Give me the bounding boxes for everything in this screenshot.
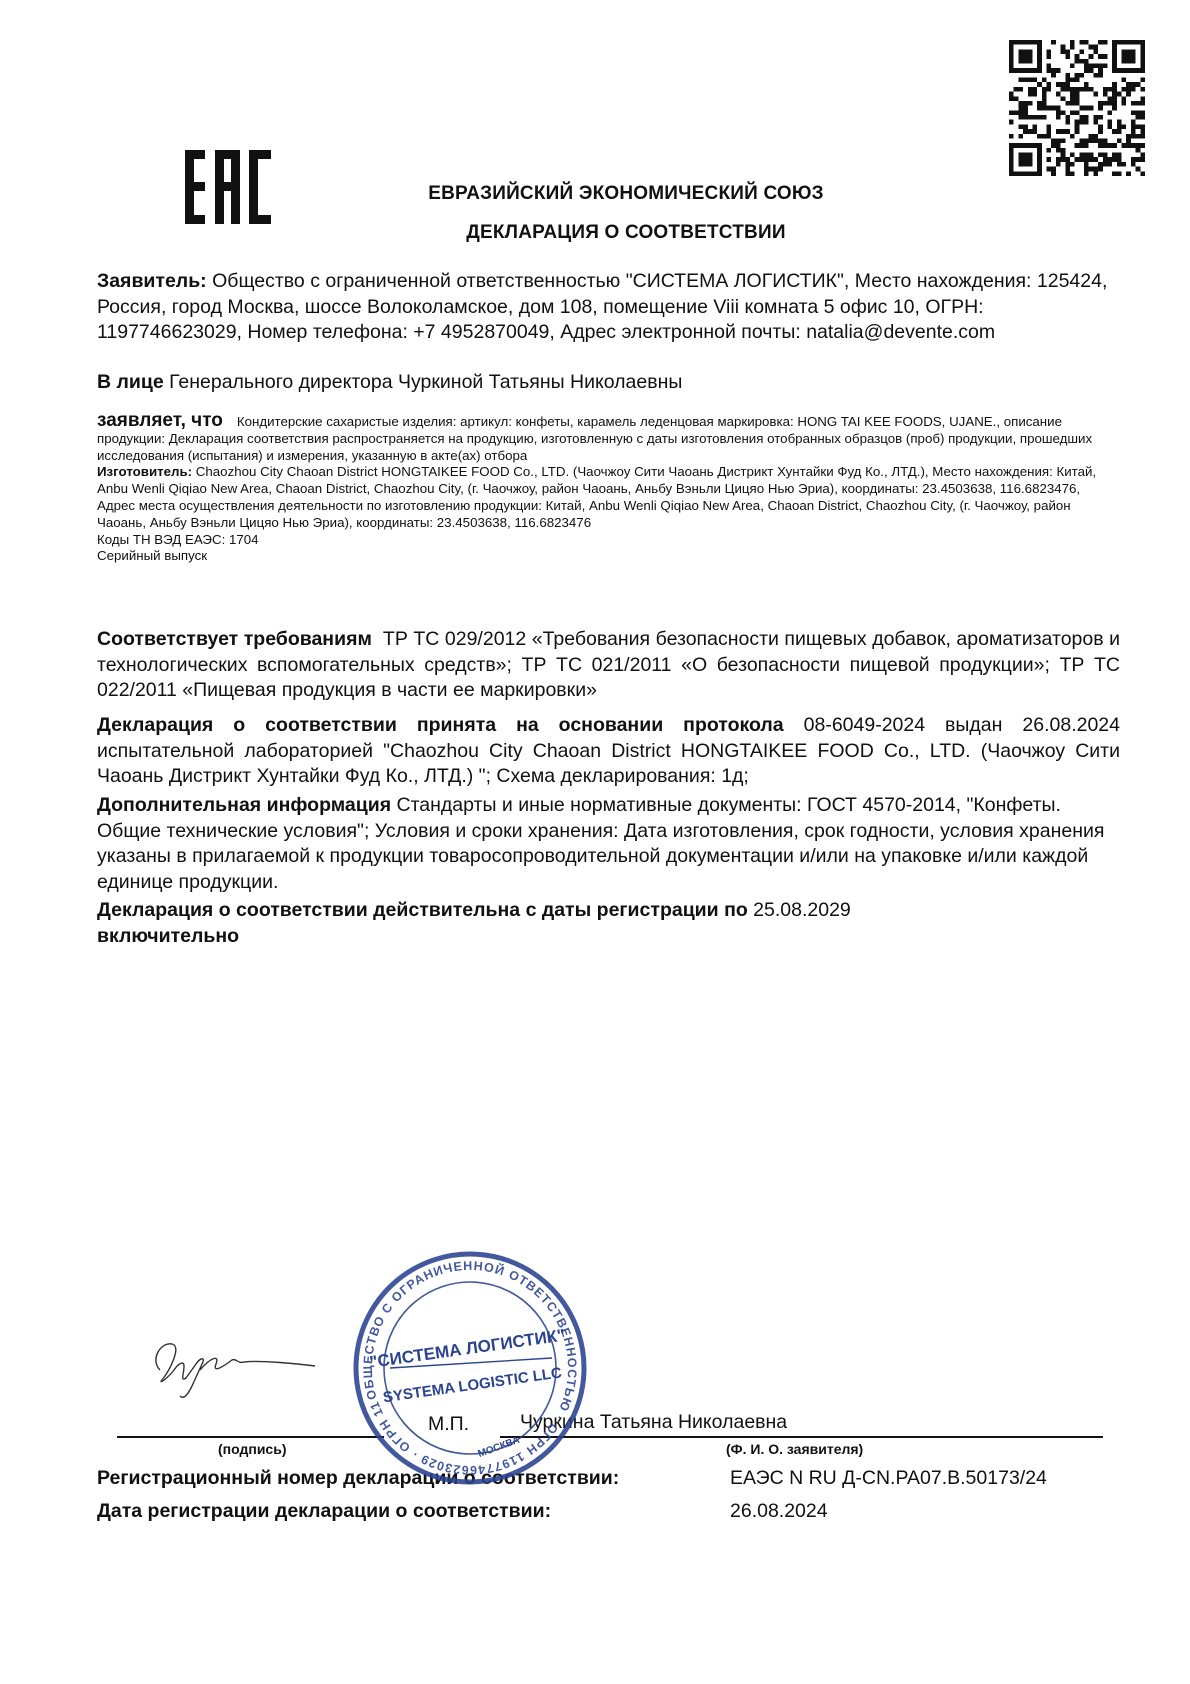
stamp-line-ru: "СИСТЕМА ЛОГИСТИК" bbox=[368, 1326, 566, 1372]
registration-date-label: Дата регистрации декларации о соответств… bbox=[97, 1500, 551, 1523]
represented-by-section: В лице Генерального директора Чуркиной Т… bbox=[97, 370, 1120, 396]
conforms-section: Соответствует требованиям ТР ТС 029/2012… bbox=[97, 627, 1120, 704]
union-title: ЕВРАЗИЙСКИЙ ЭКОНОМИЧЕСКИЙ СОЮЗ bbox=[0, 183, 1190, 205]
applicant-label: Заявитель: bbox=[97, 270, 207, 292]
registration-date: 26.08.2024 bbox=[730, 1500, 828, 1523]
validity-date: 25.08.2029 bbox=[748, 899, 851, 921]
represented-by-label: В лице bbox=[97, 371, 164, 393]
basis-section: Декларация о соответствии принята на осн… bbox=[97, 713, 1120, 790]
production-type: Серийный выпуск bbox=[97, 548, 207, 563]
stamp-line-en: SYSTEMA LOGISTIC LLC bbox=[382, 1364, 563, 1406]
represented-by-text: Генерального директора Чуркиной Татьяны … bbox=[164, 371, 683, 393]
declares-label: заявляет, что bbox=[97, 410, 223, 431]
product-description: Кондитерские сахаристые изделия: артикул… bbox=[97, 414, 1092, 463]
qr-code-icon[interactable] bbox=[1008, 40, 1146, 176]
document-title: ДЕКЛАРАЦИЯ О СООТВЕТСТВИИ bbox=[0, 222, 1190, 244]
validity-suffix: включительно bbox=[97, 925, 239, 947]
applicant-name-line bbox=[500, 1436, 1103, 1438]
conforms-label: Соответствует требованиям bbox=[97, 628, 372, 650]
hs-codes: Коды ТН ВЭД ЕАЭС: 1704 bbox=[97, 532, 259, 547]
signature-scribble bbox=[140, 1330, 320, 1400]
declaration-subject: заявляет, чтоКондитерские сахаристые изд… bbox=[97, 413, 1120, 565]
applicant-text: Общество с ограниченной ответственностью… bbox=[97, 270, 1107, 343]
applicant-section: Заявитель: Общество с ограниченной ответ… bbox=[97, 269, 1120, 346]
manufacturer-text: Chaozhou City Chaoan District HONGTAIKEE… bbox=[97, 464, 1096, 529]
applicant-name-caption: (Ф. И. О. заявителя) bbox=[726, 1441, 863, 1457]
validity-label: Декларация о соответствии действительна … bbox=[97, 899, 748, 921]
additional-info-section: Дополнительная информация Стандарты и ин… bbox=[97, 793, 1120, 895]
validity-section: Декларация о соответствии действительна … bbox=[97, 898, 1120, 949]
manufacturer-label: Изготовитель: bbox=[97, 464, 192, 479]
company-seal-stamp: ОБЩЕСТВО С ОГРАНИЧЕННОЙ ОТВЕТСТВЕННОСТЬЮ… bbox=[352, 1250, 588, 1486]
basis-label: Декларация о соответствии принята на осн… bbox=[97, 714, 784, 736]
registration-number: ЕАЭС N RU Д-CN.PA07.B.50173/24 bbox=[730, 1467, 1047, 1490]
signature-line bbox=[117, 1436, 384, 1438]
additional-label: Дополнительная информация bbox=[97, 794, 391, 816]
signature-caption: (подпись) bbox=[218, 1441, 287, 1457]
